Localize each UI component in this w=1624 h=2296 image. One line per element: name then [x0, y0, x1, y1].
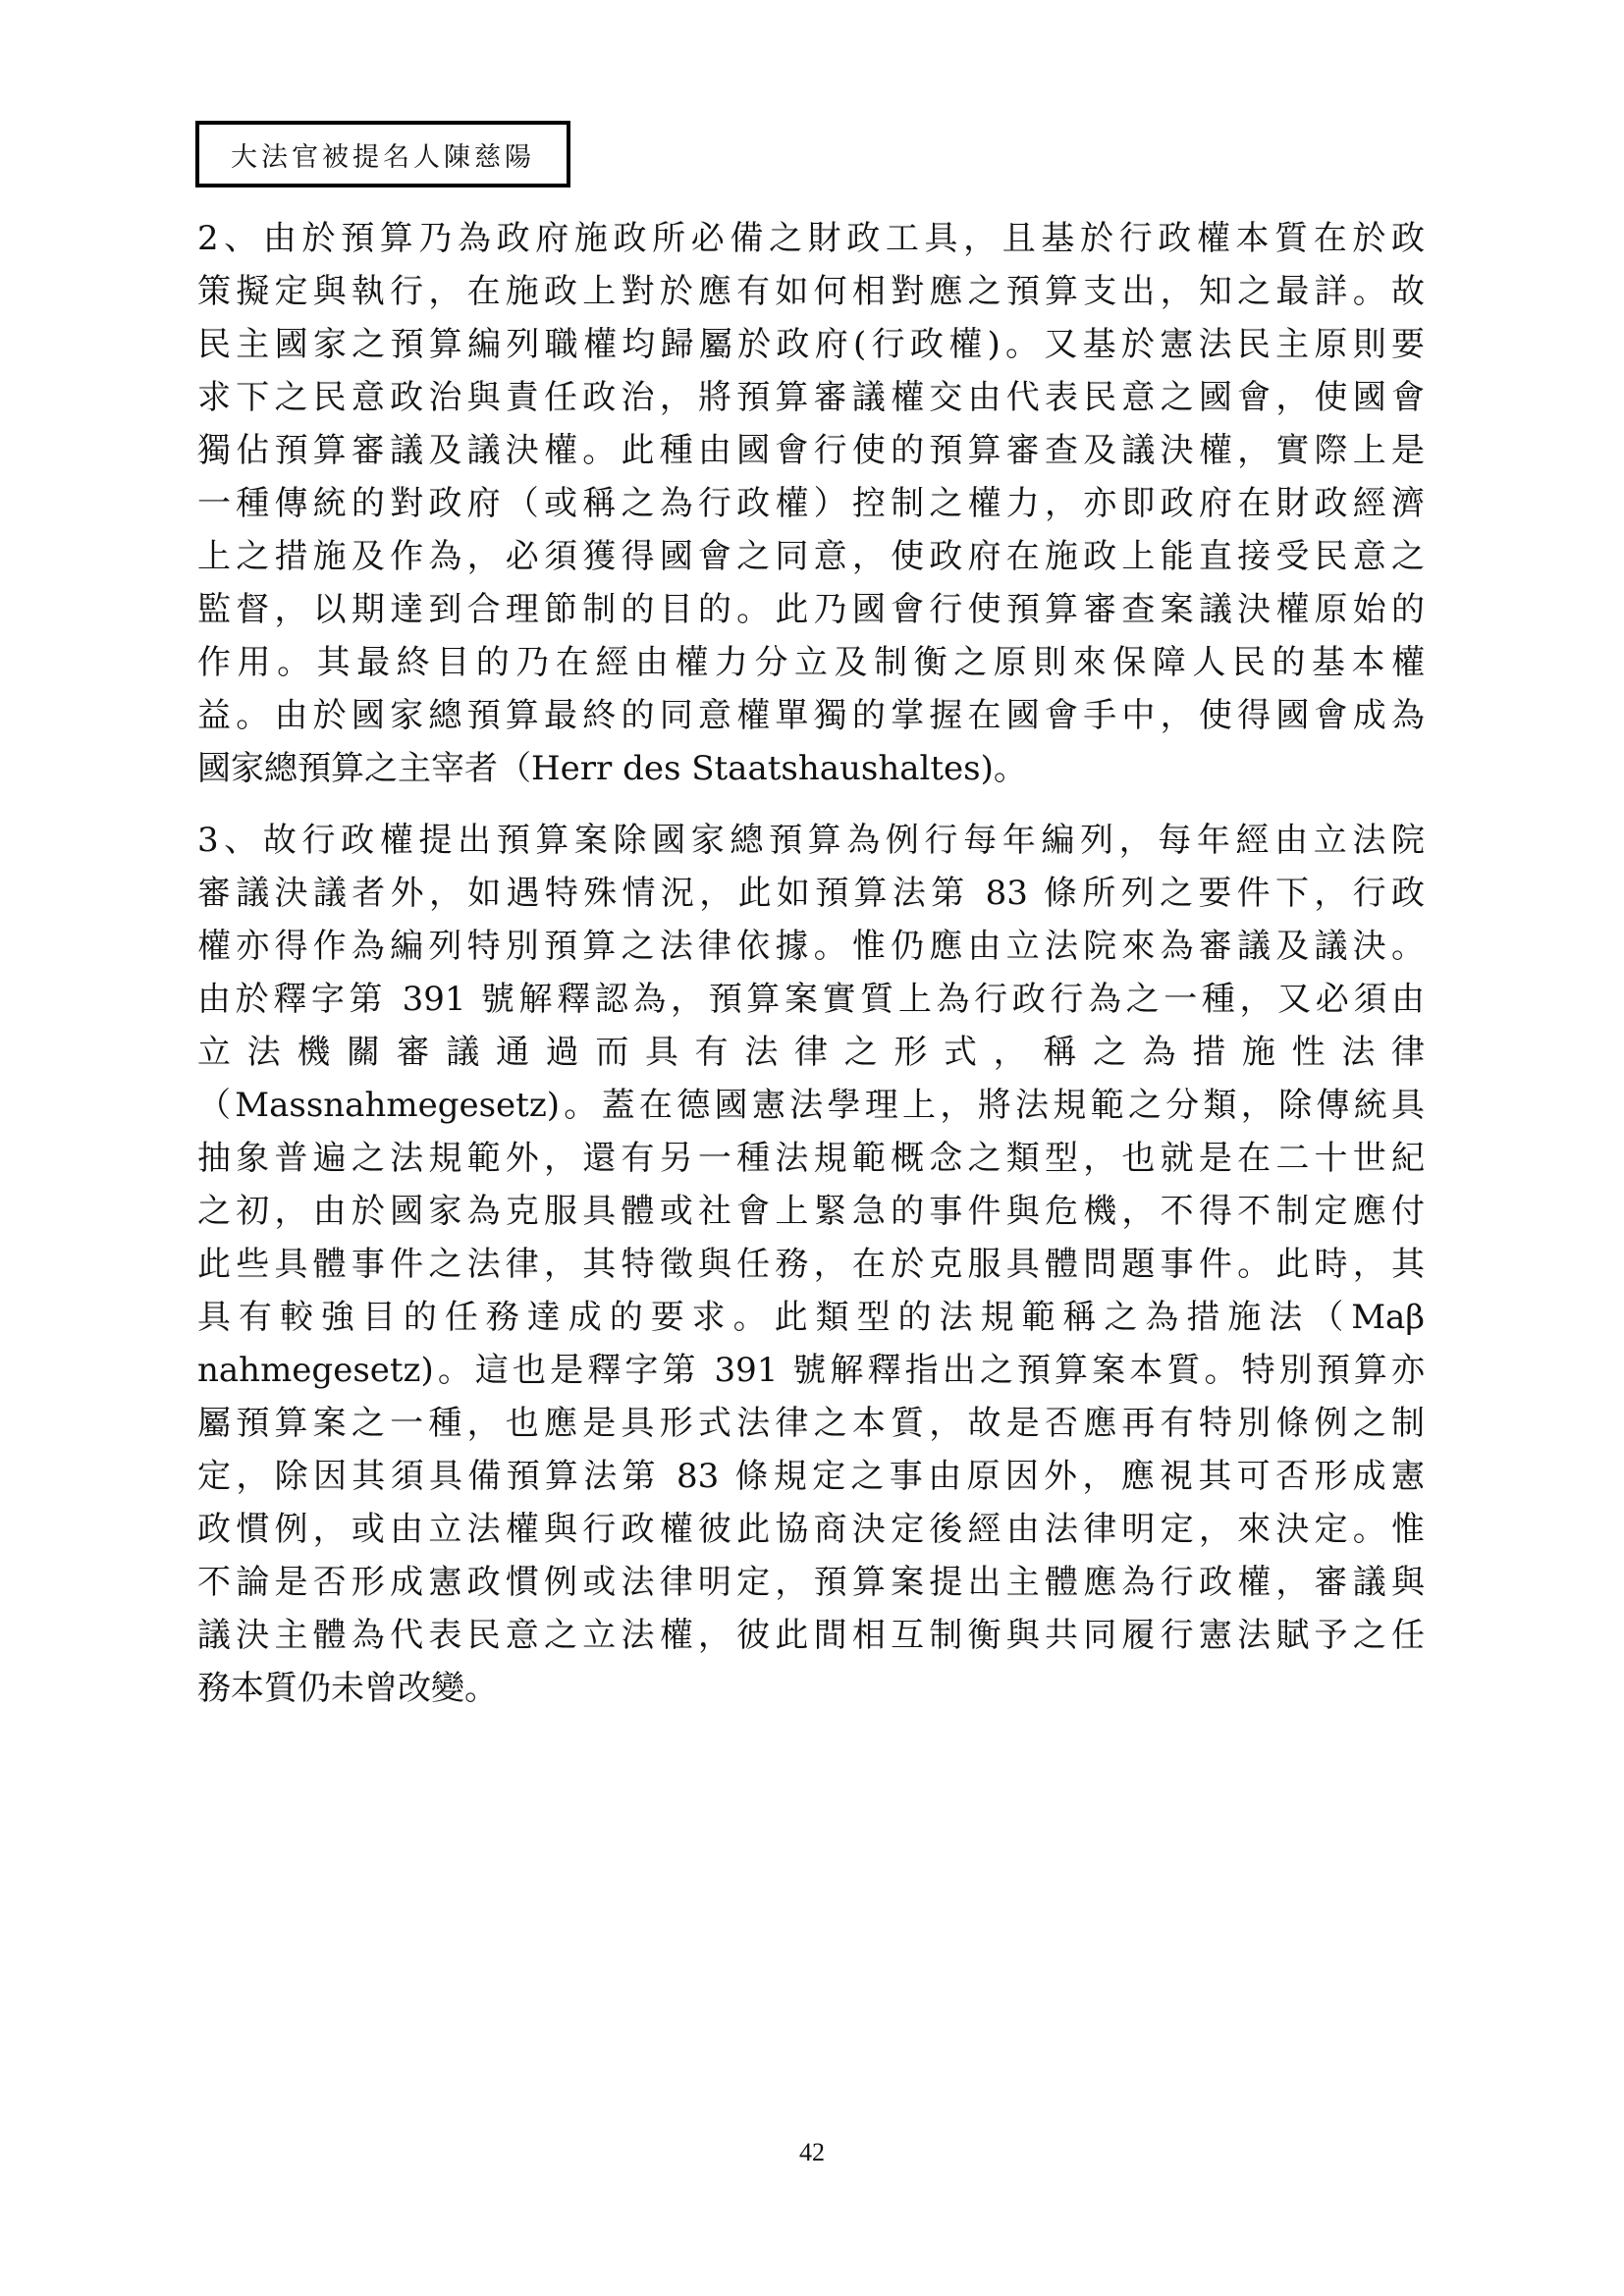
text-line: （Massnahmegesetz)。蓋在德國憲法學理上，將法規範之分類，除傳統具: [197, 1079, 1425, 1132]
text-line: 審議決議者外，如遇特殊情況，此如預算法第 83 條所列之要件下，行政: [197, 867, 1425, 920]
text-line: 作用。其最終目的乃在經由權力分立及制衡之原則來保障人民的基本權: [197, 636, 1425, 689]
text-line: 此些具體事件之法律，其特徵與任務，在於克服具體問題事件。此時，其: [197, 1238, 1425, 1291]
document-page: 大法官被提名人陳慈陽 2、由於預算乃為政府施政所必備之財政工具，且基於行政權本質…: [0, 0, 1624, 2296]
text-line: 政慣例，或由立法權與行政權彼此協商決定後經由法律明定，來決定。惟: [197, 1503, 1425, 1556]
text-line: 一種傳統的對政府（或稱之為行政權）控制之權力，亦即政府在財政經濟: [197, 477, 1425, 530]
text-line: 權亦得作為編列特別預算之法律依據。惟仍應由立法院來為審議及議決。: [197, 920, 1425, 973]
text-line: 益。由於國家總預算最終的同意權單獨的掌握在國會手中，使得國會成為: [197, 689, 1425, 742]
text-line: nahmegesetz)。這也是釋字第 391 號解釋指出之預算案本質。特別預算…: [197, 1344, 1425, 1397]
text-line: 之初，由於國家為克服具體或社會上緊急的事件與危機，不得不制定應付: [197, 1185, 1425, 1238]
nominee-header-box: 大法官被提名人陳慈陽: [195, 121, 570, 187]
text-line: 議決主體為代表民意之立法權，彼此間相互制衡與共同履行憲法賦予之任: [197, 1609, 1425, 1662]
text-line: 屬預算案之一種，也應是具形式法律之本質，故是否應再有特別條例之制: [197, 1397, 1425, 1450]
text-line: 定，除因其須具備預算法第 83 條規定之事由原因外，應視其可否形成憲: [197, 1450, 1425, 1503]
text-line: 監督，以期達到合理節制的目的。此乃國會行使預算審查案議決權原始的: [197, 583, 1425, 636]
text-line: 3、故行政權提出預算案除國家總預算為例行每年編列，每年經由立法院: [197, 814, 1425, 867]
text-line: 國家總預算之主宰者（Herr des Staatshaushaltes)。: [197, 742, 1425, 795]
text-line: 2、由於預算乃為政府施政所必備之財政工具，且基於行政權本質在於政: [197, 212, 1425, 265]
text-line: 抽象普遍之法規範外，還有另一種法規範概念之類型，也就是在二十世紀: [197, 1132, 1425, 1185]
nominee-label: 大法官被提名人陳慈陽: [231, 135, 535, 174]
paragraph-2: 2、由於預算乃為政府施政所必備之財政工具，且基於行政權本質在於政 策擬定與執行，…: [197, 212, 1425, 795]
text-line: 策擬定與執行，在施政上對於應有如何相對應之預算支出，知之最詳。故: [197, 265, 1425, 318]
text-line: 不論是否形成憲政慣例或法律明定，預算案提出主體應為行政權，審議與: [197, 1556, 1425, 1609]
text-line: 獨佔預算審議及議決權。此種由國會行使的預算審查及議決權，實際上是: [197, 424, 1425, 477]
page-number: 42: [0, 2138, 1624, 2167]
text-line: 立法機關審議通過而具有法律之形式，稱之為措施性法律: [197, 1026, 1425, 1079]
text-line: 由於釋字第 391 號解釋認為，預算案實質上為行政行為之一種，又必須由: [197, 973, 1425, 1026]
text-line: 民主國家之預算編列職權均歸屬於政府(行政權)。又基於憲法民主原則要: [197, 318, 1425, 371]
text-line: 求下之民意政治與責任政治，將預算審議權交由代表民意之國會，使國會: [197, 371, 1425, 424]
text-line: 上之措施及作為，必須獲得國會之同意，使政府在施政上能直接受民意之: [197, 530, 1425, 583]
text-line: 務本質仍未曾改變。: [197, 1662, 1425, 1715]
text-line: 具有較強目的任務達成的要求。此類型的法規範稱之為措施法（Maβ: [197, 1291, 1425, 1344]
document-body: 2、由於預算乃為政府施政所必備之財政工具，且基於行政權本質在於政 策擬定與執行，…: [197, 212, 1425, 1715]
paragraph-3: 3、故行政權提出預算案除國家總預算為例行每年編列，每年經由立法院 審議決議者外，…: [197, 814, 1425, 1715]
